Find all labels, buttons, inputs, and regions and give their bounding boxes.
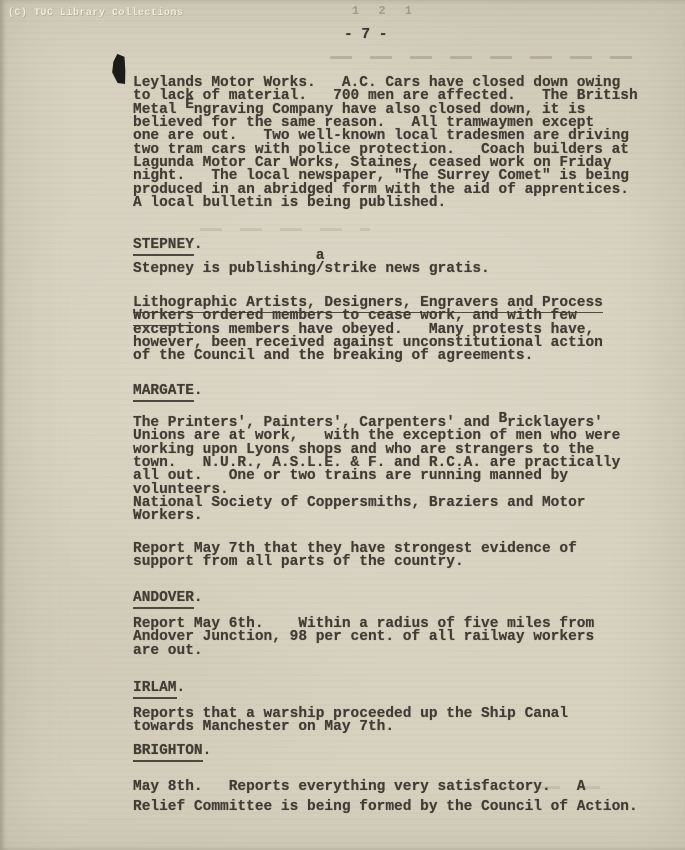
para-lithographic: Lithographic Artists, Designers, Engrave… <box>133 297 603 364</box>
scanned-document-page: (C) TUC Library Collections 1 2 1 - 7 - … <box>0 0 685 850</box>
heading-andover: ANDOVER. <box>133 592 203 605</box>
para-margate: The Printers', Painters', Carpenters' an… <box>133 417 620 524</box>
heading-margate: MARGATE. <box>133 385 203 398</box>
para-brighton: May 8th. Reports everything very satisfa… <box>133 778 638 817</box>
heading-brighton: BRIGHTON. <box>133 745 211 758</box>
para-leylands: Leylands Motor Works. A.C. Cars have clo… <box>133 77 638 210</box>
para-andover: Report May 6th. Within a radius of five … <box>133 618 594 658</box>
para-irlam: Reports that a warship proceeded up the … <box>133 708 568 735</box>
para-stepney: aStepney is publishing/strike news grati… <box>133 250 490 277</box>
heading-irlam: IRLAM. <box>133 682 185 695</box>
para-report-may7: Report May 7th that they have strongest … <box>133 543 577 570</box>
document-body: Leylands Motor Works. A.C. Cars have clo… <box>0 0 685 850</box>
